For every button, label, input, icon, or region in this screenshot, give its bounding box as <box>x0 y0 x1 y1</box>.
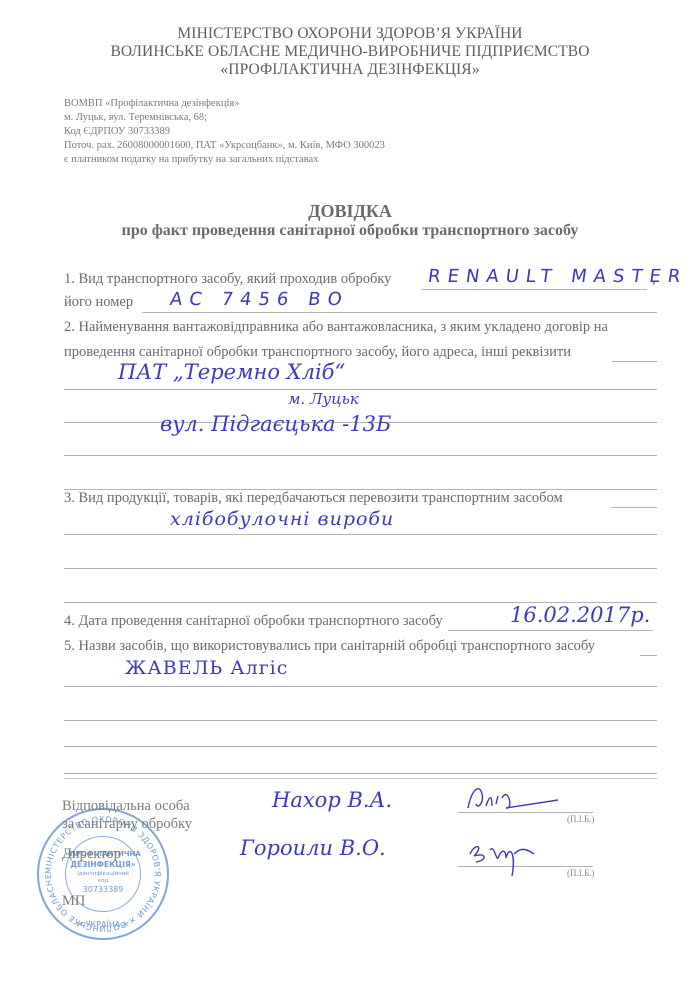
item3-underline-end <box>611 507 657 508</box>
item2-line-3 <box>64 455 657 456</box>
enterprise-name-heading: «ПРОФІЛАКТИЧНА ДЕЗІНФЕКЦІЯ» <box>0 61 700 79</box>
item5-line-2 <box>64 720 657 721</box>
enterprise-heading: ВОЛИНСЬКЕ ОБЛАСНЕ МЕДИЧНО-ВИРОБНИЧЕ ПІДП… <box>0 43 700 61</box>
goods-type-value[interactable]: хлібобулочні вироби <box>170 508 394 530</box>
stamp-center-code: 30733389 <box>39 885 167 894</box>
item5-label: 5. Назви засобів, що використовувались п… <box>64 638 595 655</box>
consignor-street-value[interactable]: вул. Підгаєцька -13Б <box>160 412 391 436</box>
director-pib-hint: (П.І.Б.) <box>567 868 594 878</box>
requisite-account: Поточ. рах. 26008000001600, ПАТ «Укрсоцб… <box>64 139 385 154</box>
item2-underline-end <box>612 361 657 362</box>
item5-line-4 <box>64 773 657 774</box>
vehicle-type-value[interactable]: RENAULT MASTER <box>427 266 689 287</box>
stamp-center-line4: код <box>39 878 167 884</box>
responsible-pib-hint: (П.І.Б.) <box>567 814 594 824</box>
item5-line-3 <box>64 746 657 747</box>
item5-line-1 <box>64 686 657 687</box>
document-subtitle: про факт проведення санітарної обробки т… <box>0 222 700 240</box>
director-name[interactable]: Гороили В.О. <box>240 836 386 860</box>
director-label: Директор <box>62 846 121 863</box>
stamp-center-line3: Ідентифікаційний <box>39 871 167 877</box>
requisite-tax-status: є платником податку на прибутку на загал… <box>64 153 318 168</box>
document-title: ДОВІДКА <box>0 201 700 222</box>
item2-label-line1: 2. Найменування вантажовідправника або в… <box>64 319 608 336</box>
requisite-code: Код ЄДРПОУ 30733389 <box>64 125 170 140</box>
treatment-date-value[interactable]: 16.02.2017р. <box>510 603 650 627</box>
ministry-heading: МІНІСТЕРСТВО ОХОРОНИ ЗДОРОВ’Я УКРАЇНИ <box>0 25 700 43</box>
item4-label: 4. Дата проведення санітарної обробки тр… <box>64 613 443 630</box>
item5-line-5 <box>64 778 657 779</box>
item1-label: 1. Вид транспортного засобу, який проход… <box>64 271 391 288</box>
item1-underline <box>422 289 647 290</box>
item3-line-1 <box>64 534 657 535</box>
responsible-label-line1: Відповідальна особа <box>62 798 190 815</box>
plate-underline <box>142 312 657 313</box>
requisite-org: ВОМВП «Профілактична дезінфекція» <box>64 97 239 112</box>
item1-comma: , <box>652 271 656 288</box>
item3-line-2 <box>64 568 657 569</box>
responsible-label-line2: за санітарну обробку <box>62 816 192 833</box>
seal-label: МП <box>62 893 85 910</box>
item2-line-1 <box>64 389 657 390</box>
plate-number-value[interactable]: АС 7456 ВО <box>169 289 351 310</box>
consignor-city-value[interactable]: м. Луцьк <box>288 390 359 408</box>
plate-label: його номер <box>64 294 133 311</box>
responsible-signature <box>462 780 592 814</box>
requisite-address: м. Луцьк, вул. Теремнівська, 68; <box>64 111 207 126</box>
responsible-person-name[interactable]: Нахор В.А. <box>272 788 392 812</box>
item3-label: 3. Вид продукції, товарів, які передбача… <box>64 490 563 507</box>
disinfectants-value[interactable]: ЖАВЕЛЬ Алгіс <box>125 657 288 679</box>
consignor-name-value[interactable]: ПАТ „Теремно Хліб“ <box>118 360 345 384</box>
item4-underline <box>448 630 653 631</box>
item5-underline-end <box>640 655 657 656</box>
item2-label-line2: проведення санітарної обробки транспортн… <box>64 344 571 361</box>
stamp-bottom-text: ✕ УКРАЇНА ✕ <box>39 920 167 929</box>
